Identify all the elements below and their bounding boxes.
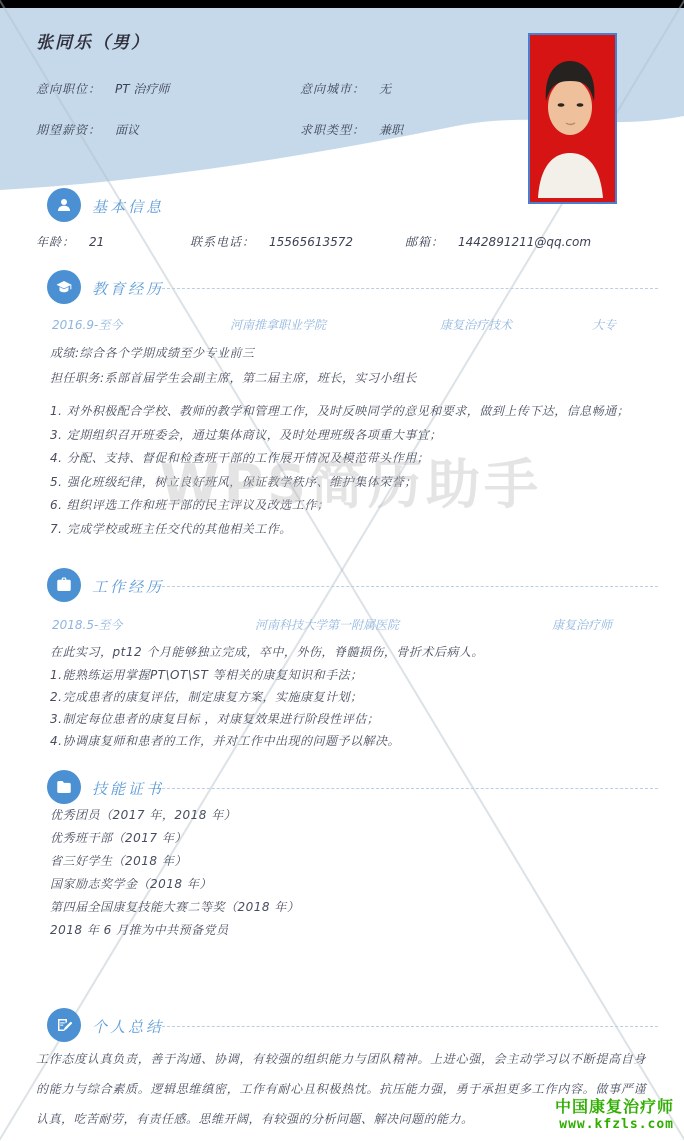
field-value: 15565613572: [269, 235, 353, 249]
education-section-title: 教育经历: [92, 278, 164, 299]
field-intended-position: 意向职位：PT 治疗师: [36, 80, 169, 97]
skill-cert-item: 国家励志奖学金（2018 年）: [50, 875, 658, 892]
field-expected-salary: 期望薪资：面议: [36, 121, 139, 138]
work-duty-item: 2.完成患者的康复评估，制定康复方案，实施康复计划；: [50, 688, 658, 705]
skill-cert-item: 第四届全国康复技能大赛二等奖（2018 年）: [50, 898, 658, 915]
section-divider: [152, 586, 658, 587]
field-label: 联系电话：: [190, 233, 255, 250]
person-icon: [55, 196, 73, 214]
candidate-name: 张同乐（男）: [36, 28, 150, 53]
field-label: 意向城市：: [300, 80, 365, 97]
education-duty-item: 1. 对外积极配合学校、教师的教学和管理工作，及时反映同学的意见和要求，做到上传…: [50, 402, 658, 419]
field-label: 意向职位：: [36, 80, 101, 97]
field-value: 无: [379, 80, 391, 97]
site-watermark: 中国康复治疗师 www.kfzls.com: [555, 1094, 674, 1132]
work-section-icon: [47, 568, 81, 602]
field-job-type: 求职类型：兼职: [300, 121, 403, 138]
work-duty-item: 3.制定每位患者的康复目标 ，对康复效果进行阶段性评估；: [50, 710, 658, 727]
field-value: 1442891211@qq.com: [458, 235, 591, 249]
education-school: 河南推拿职业学院: [230, 316, 326, 333]
work-duty-item: 4.协调康复师和患者的工作，并对工作中出现的问题予以解决。: [50, 732, 658, 749]
site-watermark-url: www.kfzls.com: [555, 1117, 674, 1132]
education-degree: 大专: [592, 316, 616, 333]
field-label: 求职类型：: [300, 121, 365, 138]
work-intro-line: 在此实习，pt12 个月能够独立完成，卒中，外伤，脊髓损伤，骨折术后病人。: [50, 643, 658, 660]
field-age: 年龄：21: [36, 233, 104, 250]
field-value: 21: [89, 235, 104, 249]
education-duty-item: 7. 完成学校或班主任交代的其他相关工作。: [50, 520, 658, 537]
basic-info-section-title: 基本信息: [92, 196, 164, 217]
education-major: 康复治疗技术: [440, 316, 512, 333]
folder-icon: [55, 778, 73, 796]
summary-section-title: 个人总结: [92, 1016, 164, 1037]
skill-cert-item: 省三好学生（2018 年）: [50, 852, 658, 869]
briefcase-icon: [55, 576, 73, 594]
id-photo: [528, 33, 617, 204]
field-intended-city: 意向城市：无: [300, 80, 391, 97]
summary-section-icon: [47, 1008, 81, 1042]
work-section-title: 工作经历: [92, 576, 164, 597]
section-divider: [152, 288, 658, 289]
field-value: 面议: [115, 121, 139, 138]
education-duty-item: 5. 强化班级纪律，树立良好班风，保证教学秩序、维护集体荣誉；: [50, 473, 658, 490]
id-photo-portrait: [530, 35, 611, 198]
field-label: 邮箱：: [405, 233, 444, 250]
basic-info-section-icon: [47, 188, 81, 222]
education-section-icon: [47, 270, 81, 304]
field-value: PT 治疗师: [115, 80, 169, 97]
field-phone: 联系电话：15565613572: [190, 233, 353, 250]
skills-section-title: 技能证书: [92, 778, 164, 799]
section-divider: [152, 1026, 658, 1027]
top-black-bar: [0, 0, 684, 8]
note-pencil-icon: [55, 1016, 73, 1034]
education-duty-item: 3. 定期组织召开班委会，通过集体商议，及时处理班级各项重大事宜；: [50, 426, 658, 443]
skill-cert-item: 2018 年 6 月推为中共预备党员: [50, 921, 658, 938]
skill-cert-item: 优秀班干部（2017 年）: [50, 829, 658, 846]
site-watermark-title: 中国康复治疗师: [555, 1094, 674, 1117]
education-grade-line: 成绩:综合各个学期成绩至少专业前三: [50, 344, 658, 361]
education-post-line: 担任职务:系部首届学生会副主席，第二届主席，班长，实习小组长: [50, 369, 658, 386]
field-value: 兼职: [379, 121, 403, 138]
section-divider: [152, 788, 658, 789]
work-company: 河南科技大学第一附属医院: [255, 616, 399, 633]
skills-section-icon: [47, 770, 81, 804]
graduation-cap-icon: [55, 278, 73, 296]
work-period: 2018.5-至今: [52, 616, 122, 633]
education-duty-item: 4. 分配、支持、督促和检查班干部的工作展开情况及模范带头作用；: [50, 449, 658, 466]
resume-page: 张同乐（男） 意向职位：PT 治疗师 意向城市：无 期望薪资：面议 求职类型：兼…: [0, 0, 684, 1141]
work-role: 康复治疗师: [552, 616, 612, 633]
field-email: 邮箱：1442891211@qq.com: [405, 233, 591, 250]
field-label: 期望薪资：: [36, 121, 101, 138]
skill-cert-item: 优秀团员（2017 年，2018 年）: [50, 806, 658, 823]
work-duty-item: 1.能熟练运用掌握PT\OT\ST 等相关的康复知识和手法；: [50, 666, 658, 683]
education-duty-item: 6. 组织评选工作和班干部的民主评议及改选工作；: [50, 496, 658, 513]
education-period: 2016.9-至今: [52, 316, 122, 333]
field-label: 年龄：: [36, 233, 75, 250]
